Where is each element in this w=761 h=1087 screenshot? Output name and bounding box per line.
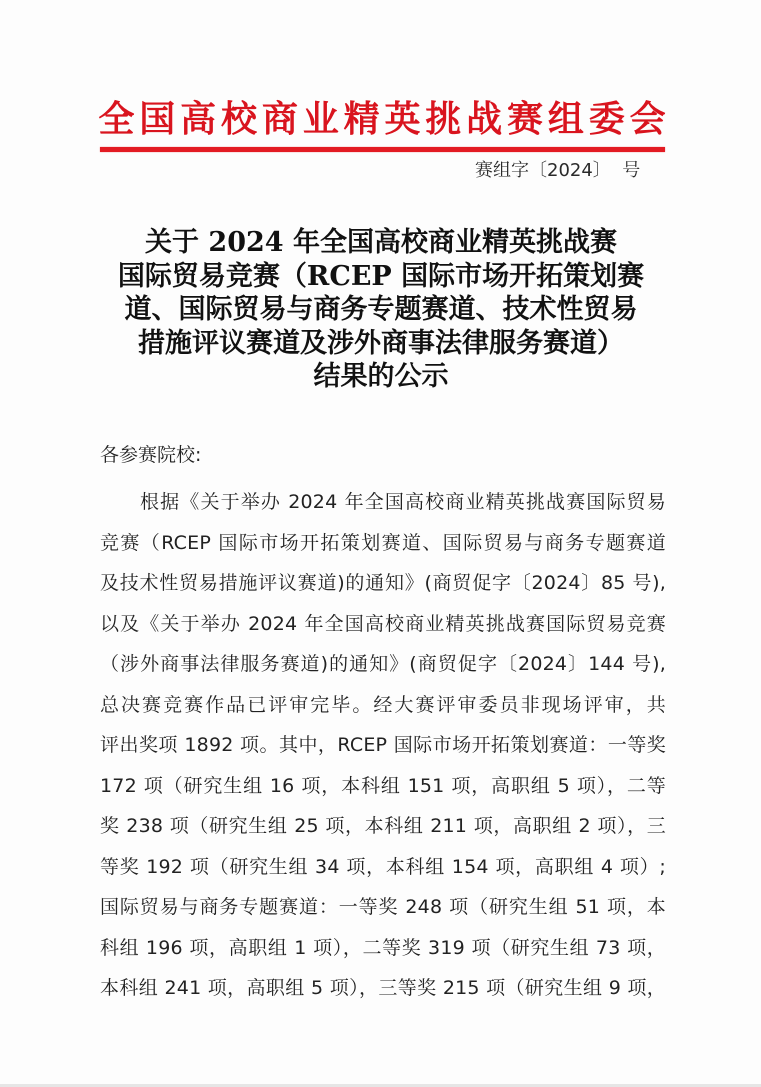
letterhead-char: 业 (300, 95, 341, 143)
letterhead-char: 精 (341, 95, 382, 143)
body-line: （涉外商事法律服务赛道)的通知》(商贸促字〔2024〕144 号), (100, 644, 666, 685)
body-line: 172 项（研究生组 16 项，本科组 151 项，高职组 5 项），二等 (100, 766, 666, 807)
letterhead-char: 商 (259, 95, 300, 143)
letterhead-red-divider (100, 147, 665, 152)
body-line: 国际贸易与商务专题赛道：一等奖 248 项（研究生组 51 项，本 (100, 887, 666, 928)
body-line: 奖 238 项（研究生组 25 项，本科组 211 项，高职组 2 项），三 (100, 806, 666, 847)
letterhead-char: 英 (382, 95, 423, 143)
document-number: 赛组字〔2024〕 号 (475, 158, 655, 184)
letterhead-char: 挑 (423, 95, 464, 143)
organization-letterhead: 全 国 高 校 商 业 精 英 挑 战 赛 组 委 会 (96, 95, 668, 143)
salutation: 各参赛院校: (100, 441, 201, 469)
letterhead-char: 委 (586, 95, 627, 143)
letterhead-char: 全 (96, 95, 137, 143)
title-line: 道、国际贸易与商务专题赛道、技术性贸易 (95, 293, 667, 327)
body-line: 本科组 241 项，高职组 5 项），三等奖 215 项（研究生组 9 项， (100, 968, 666, 1009)
body-line: 及技术性贸易措施评议赛道)的通知》(商贸促字〔2024〕85 号), (100, 563, 666, 604)
body-line: 总决赛竞赛作品已评审完毕。经大赛评审委员非现场评审，共 (100, 685, 666, 726)
letterhead-char: 战 (464, 95, 505, 143)
body-line: 竞赛（RCEP 国际市场开拓策划赛道、国际贸易与商务专题赛道 (100, 523, 666, 564)
body-line: 科组 196 项，高职组 1 项），二等奖 319 项（研究生组 73 项， (100, 928, 666, 969)
title-line: 关于 2024 年全国高校商业精英挑战赛 (95, 226, 667, 260)
body-line: 等奖 192 项（研究生组 34 项，本科组 154 项，高职组 4 项）; (100, 847, 666, 888)
title-line: 措施评议赛道及涉外商事法律服务赛道） (95, 327, 667, 361)
letterhead-char: 高 (178, 95, 219, 143)
letterhead-char: 国 (137, 95, 178, 143)
body-line: 以及《关于举办 2024 年全国高校商业精英挑战赛国际贸易竞赛 (100, 604, 666, 645)
title-line: 结果的公示 (95, 360, 667, 394)
body-paragraph: 根据《关于举办 2024 年全国高校商业精英挑战赛国际贸易 竞赛（RCEP 国际… (100, 482, 666, 1009)
document-page: 全 国 高 校 商 业 精 英 挑 战 赛 组 委 会 赛组字〔2024〕 号 … (0, 0, 761, 1087)
letterhead-char: 校 (219, 95, 260, 143)
body-line: 根据《关于举办 2024 年全国高校商业精英挑战赛国际贸易 (100, 482, 666, 523)
letterhead-char: 会 (627, 95, 668, 143)
title-line: 国际贸易竞赛（RCEP 国际市场开拓策划赛 (95, 260, 667, 294)
letterhead-char: 赛 (505, 95, 546, 143)
body-line: 评出奖项 1892 项。其中，RCEP 国际市场开拓策划赛道：一等奖 (100, 725, 666, 766)
document-title: 关于 2024 年全国高校商业精英挑战赛 国际贸易竞赛（RCEP 国际市场开拓策… (95, 226, 667, 394)
letterhead-char: 组 (545, 95, 586, 143)
